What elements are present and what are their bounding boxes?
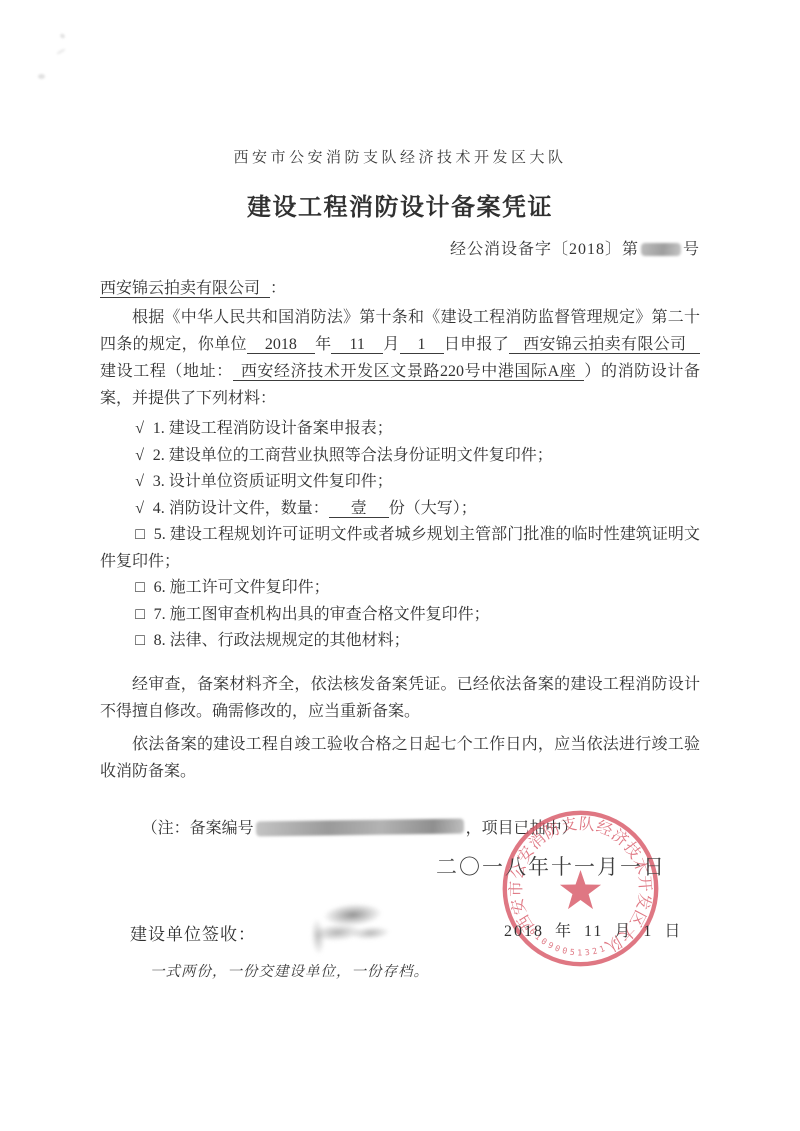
checked-mark: √ (135, 473, 144, 490)
official-red-stamp: 西安市公安消防支队经济技术开发区大队 61090051321 (498, 806, 663, 971)
redacted-document-number (641, 243, 681, 256)
intro-mid: 建设工程（地址： (100, 363, 233, 380)
intro-day-unit: 日申报了 (444, 336, 510, 353)
review-result-paragraph: 经审查，备案材料齐全，依法核发备案凭证。已经依法备案的建设工程消防设计不得擅自修… (100, 671, 700, 725)
material-item-3: √3. 设计单位资质证明文件复印件； (100, 469, 700, 496)
material-item-text: 2. 建设单位的工商营业执照等合法身份证明文件复印件； (153, 447, 553, 464)
stamp-graphic: 西安市公安消防支队经济技术开发区大队 61090051321 (498, 806, 663, 971)
scan-artifact (59, 33, 65, 39)
issuing-department: 西安市公安消防支队经济技术开发区大队 (100, 146, 700, 167)
filing-month-blank: 11 (331, 336, 382, 354)
unchecked-checkbox: □ (135, 632, 145, 649)
checked-mark: √ (135, 447, 144, 464)
document-number-suffix: 号 (683, 241, 700, 258)
document-quantity-blank: 壹 (329, 500, 389, 518)
material-item-1: √1. 建设工程消防设计备案申报表； (100, 416, 700, 443)
material-item-text: 3. 设计单位资质证明文件复印件； (153, 473, 393, 490)
handwritten-signature (291, 886, 406, 965)
handwritten-date: 二〇一八年十一月一日 (436, 851, 666, 881)
scan-artifact (56, 48, 66, 56)
intro-year-unit: 年 (315, 336, 332, 353)
salutation-line: 西安锦云拍卖有限公司： (100, 275, 700, 298)
recipient-sign-label: 建设单位签收： (130, 920, 256, 945)
scanned-document-page: 西安市公安消防支队经济技术开发区大队 建设工程消防设计备案凭证 经公消设备字〔2… (0, 0, 800, 1131)
document-number-line: 经公消设备字〔2018〕第号 (100, 236, 700, 259)
material-item-text: 7. 施工图审查机构出具的审查合格文件复印件； (154, 606, 490, 623)
material-item-text: 6. 施工许可文件复印件； (154, 579, 330, 596)
printed-date: 2018 年 11 月 1 日 (504, 918, 682, 941)
material-item-2: √2. 建设单位的工商营业执照等合法身份证明文件复印件； (100, 443, 700, 470)
unchecked-checkbox: □ (135, 526, 145, 543)
unchecked-checkbox: □ (135, 606, 145, 623)
redacted-filing-number (256, 818, 464, 836)
material-item-text: 5. 建设工程规划许可证明文件或者城乡规划主管部门批准的临时性建筑证明文件复印件… (100, 526, 700, 570)
copies-distribution-note: 一式两份，一份交建设单位，一份存档。 (150, 960, 429, 981)
addressee-company-name: 西安锦云拍卖有限公司 (100, 280, 270, 298)
material-item-text: 1. 建设工程消防设计备案申报表； (153, 420, 393, 437)
scan-artifact (38, 74, 45, 79)
note-prefix: （注：备案编号 (142, 820, 254, 837)
material-item-6: □6. 施工许可文件复印件； (100, 575, 700, 602)
document-number-prefix: 经公消设备字〔2018〕第 (450, 241, 639, 258)
filing-day-blank: 1 (400, 336, 444, 354)
checked-mark: √ (135, 500, 144, 517)
salutation-colon: ： (270, 280, 286, 297)
intro-month-unit: 月 (383, 336, 400, 353)
material-item-text: 4. 消防设计文件，数量： (153, 500, 329, 517)
intro-paragraph: 根据《中华人民共和国消防法》第十条和《建设工程消防监督管理规定》第二十四条的规定… (100, 304, 700, 412)
checked-mark: √ (135, 420, 144, 437)
filing-year-blank: 2018 (247, 336, 315, 354)
project-address-blank: 西安经济技术开发区文景路220号中港国际A座 (233, 363, 585, 381)
material-item-8: □8. 法律、行政法规规定的其他材料； (100, 628, 700, 655)
materials-checklist: √1. 建设工程消防设计备案申报表； √2. 建设单位的工商营业执照等合法身份证… (100, 416, 700, 655)
material-item-7: □7. 施工图审查机构出具的审查合格文件复印件； (100, 602, 700, 629)
completion-filing-paragraph: 依法备案的建设工程自竣工验收合格之日起七个工作日内，应当依法进行竣工验收消防备案… (100, 731, 700, 785)
material-item-text: 份（大写）； (389, 500, 477, 517)
material-item-text: 8. 法律、行政法规规定的其他材料； (154, 632, 410, 649)
material-item-4: √4. 消防设计文件，数量：壹份（大写）； (100, 496, 700, 523)
applicant-company-blank: 西安锦云拍卖有限公司 (509, 336, 700, 354)
unchecked-checkbox: □ (135, 579, 145, 596)
document-title: 建设工程消防设计备案凭证 (100, 187, 700, 222)
document-body: 西安市公安消防支队经济技术开发区大队 建设工程消防设计备案凭证 经公消设备字〔2… (100, 146, 700, 838)
material-item-5: □5. 建设工程规划许可证明文件或者城乡规划主管部门批准的临时性建筑证明文件复印… (100, 522, 700, 575)
